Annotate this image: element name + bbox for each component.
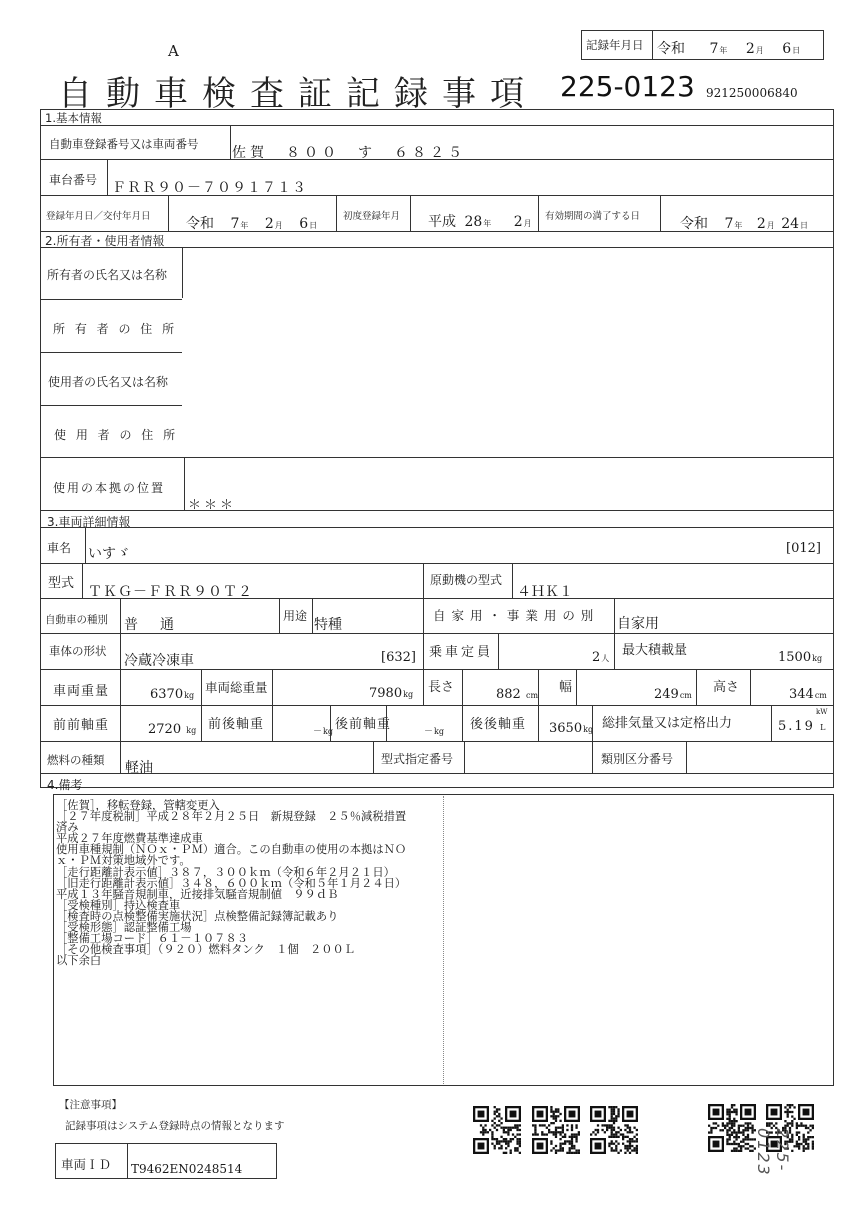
width-unit: cm [680,691,692,700]
purpose-value: 特種 [314,614,342,634]
year: 7 [724,216,733,232]
vehicle-type-label: 自動車の種別 [45,612,108,627]
model-label: 型式 [48,572,74,591]
registration-date-label: 登録年月日／交付年月日 [46,208,151,222]
height-unit: cm [815,691,827,700]
divider [312,598,313,633]
owner-address-label: 所 有 者 の 住 所 [53,320,177,337]
divider [538,669,539,705]
gross-weight-value: 7980kg [369,686,413,701]
max-load-label: 最大積載量 [622,639,687,658]
registration-number-label: 自動車登録番号又は車両番号 [49,136,199,152]
displacement-unit-top: kW [816,708,827,716]
qr-code-3 [590,1106,638,1154]
divider [40,247,834,248]
length-label: 長さ [428,676,454,695]
private-business-value: 自家用 [617,613,659,633]
divider [120,705,121,741]
divider [40,159,834,160]
day: 6 [782,41,791,57]
width-number: 249 [654,687,679,702]
divider [538,195,539,231]
ff-axle-value: 2720 kg [148,722,196,737]
remarks-line: 以下余白 [56,955,441,966]
vehicle-type-value: 普 通 [124,614,178,634]
divider [85,527,86,563]
make-label: 車名 [47,539,71,556]
divider [423,598,424,633]
first-registration-value: 平成 28年 2月 [428,211,532,231]
purpose-label: 用途 [283,607,307,624]
rr-axle-label: 後後軸重 [470,713,526,732]
divider [40,299,182,300]
divider [201,669,202,705]
divider [184,457,185,510]
month-unit: 月 [756,46,764,55]
rf-axle-label: 後前軸重 [335,713,391,732]
day: 24 [781,216,799,232]
divider [40,598,834,599]
divider [279,598,280,633]
capacity-label: 乗車定員 [429,641,493,660]
height-label: 高さ [713,676,739,695]
era: 平成 [428,214,456,230]
remarks-text: ［佐賀］，移転登録，管轄変更入［２７年度税制］平成２８年２月２５日 新規登録 ２… [56,800,441,966]
fr-axle-label: 前後軸重 [208,713,264,732]
remarks-line: ［２７年度税制］平成２８年２月２５日 新規登録 ２５％減税措置 [56,811,441,822]
registration-date-value: 令和 7年 2月 6日 [186,213,317,233]
handwritten-note: 225-0123 [754,1128,792,1204]
divider [373,741,374,773]
ff-axle-number: 2720 [148,722,181,737]
divider [82,563,83,598]
capacity-unit: 人 [601,654,609,663]
height-value: 344cm [789,687,827,702]
year: 7 [230,216,239,232]
vehicle-id-value: T9462EN0248514 [131,1162,242,1176]
gross-weight-number: 7980 [369,686,402,701]
length-value: 882 cm [496,687,538,702]
remarks-divider [443,796,444,1084]
owner-name-label: 所有者の氏名又は名称 [47,266,167,283]
section-basic-info-title: 1.基本情報 [45,110,102,126]
divider [40,669,834,670]
divider [40,125,834,126]
divider [696,669,697,705]
expiry-date-value: 令和 7年 2月 24日 [680,213,808,233]
form-letter: A [168,42,179,60]
rf-axle-value: －kg [424,724,444,737]
fuel-label: 燃料の種類 [47,752,105,768]
divider [127,1143,128,1179]
divider [498,633,499,669]
divider [201,705,202,741]
width-label: 幅 [559,676,572,695]
divider [40,563,834,564]
vehicle-weight-value: 6370kg [150,687,194,702]
divider [336,195,337,231]
user-address-label: 使 用 者 の 住 所 [54,426,178,443]
chassis-number-label: 車台番号 [49,171,97,188]
document-title: 自動車検査証記録事項 [58,66,538,115]
body-shape-value: 冷蔵冷凍車 [124,650,194,670]
divider [538,705,539,741]
fr-axle-unit: kg [323,727,333,736]
width-value: 249cm [654,687,692,702]
displacement-value: 5.19 L [778,719,825,734]
capacity-value: 2人 [592,650,609,665]
divider [512,563,513,598]
divider [120,633,121,669]
divider [576,669,577,705]
divider [120,669,121,705]
divider [614,598,615,633]
month: 2 [265,216,274,232]
remarks-line: ［走行距離計表示値］３８７，３００ｋｍ（令和６年２月２１日） [56,867,441,878]
max-load-number: 1500 [778,650,811,665]
rf-axle-unit: kg [434,727,444,736]
section-remarks-title: 4.備考 [47,776,82,793]
displacement-label: 総排気量又は定格出力 [602,712,732,731]
divider [40,510,834,511]
length-number: 882 [496,687,521,702]
divider [592,705,593,741]
divider [40,705,834,706]
divider [120,741,121,773]
divider [750,669,751,705]
vehicle-weight-unit: kg [184,691,194,700]
rr-axle-value: 3650kg [549,721,593,736]
qr-code-2 [532,1106,580,1154]
chassis-number-value: ＦＲＲ９０－７０９１７１３ [112,177,307,197]
vehicle-weight-number: 6370 [150,687,183,702]
body-shape-code: [632] [381,650,416,665]
divider [168,195,169,231]
divider [771,705,772,741]
divider [40,405,182,406]
divider [40,633,834,634]
month: 2 [757,216,766,232]
notes-text: 記録事項はシステム登録時点の情報となります [65,1118,284,1133]
qr-code-4 [708,1104,756,1152]
era: 令和 [680,216,708,232]
user-name-label: 使用者の氏名又は名称 [48,373,168,390]
divider [272,669,273,705]
ff-axle-unit: kg [186,726,196,735]
displacement-unit: L [820,723,825,732]
base-location-label: 使用の本拠の位置 [53,479,165,496]
height-number: 344 [789,687,814,702]
divider [410,195,411,231]
rf-axle-number: － [424,727,433,737]
vehicle-id-label: 車両ＩＤ [61,1155,111,1173]
era: 令和 [186,216,214,232]
divider [464,741,465,773]
year-unit: 年 [719,46,727,55]
ff-axle-label: 前前軸重 [53,714,109,733]
year: 7 [709,41,718,57]
divider [40,352,182,353]
divider [182,247,183,298]
record-date-label: 記録年月日 [586,37,644,53]
expiry-date-label: 有効期間の満了する日 [545,208,640,222]
day-unit: 日 [792,46,800,55]
divider [40,773,834,774]
divider [592,741,593,773]
divider [40,195,834,196]
divider [423,633,424,669]
divider [686,741,687,773]
make-value: いすゞ [88,543,130,563]
month: 2 [746,41,755,57]
max-load-value: 1500kg [778,650,822,665]
notes-title: 【注意事項】 [59,1097,122,1112]
fr-axle-number: － [313,727,322,737]
divider [462,669,463,705]
gross-weight-unit: kg [403,690,413,699]
year: 28 [464,214,482,230]
serial-number: 921250006840 [706,86,798,100]
era: 令和 [657,41,685,57]
record-number: 225-0123 [560,70,695,103]
divider [660,195,661,231]
divider [652,30,653,60]
remarks-line: ｘ・ＰＭ対策地域外です。 [56,855,441,866]
divider [40,527,834,528]
remarks-line: ［その他検査事項］（９２０）燃料タンク １個 ２００Ｌ [56,944,441,955]
month: 2 [514,214,523,230]
divider [386,705,387,741]
divider [462,705,463,741]
fuel-value: 軽油 [125,757,153,777]
divider [330,705,331,741]
rr-axle-number: 3650 [549,721,582,736]
qr-code-1 [473,1106,521,1154]
divider [40,741,834,742]
type-designation-label: 型式指定番号 [381,750,453,767]
divider [120,598,121,633]
divider [614,633,615,669]
displacement-number: 5.19 [778,719,815,734]
divider [230,125,231,159]
day: 6 [299,216,308,232]
divider [423,563,424,598]
gross-weight-label: 車両総重量 [205,678,268,696]
record-date-value: 令和 7年 2月 6日 [657,38,800,58]
divider [272,705,273,741]
length-unit: cm [526,691,538,700]
divider [40,457,834,458]
capacity-number: 2 [592,650,600,665]
private-business-label: 自 家 用 ・ 事 業 用 の 別 [433,606,594,624]
vehicle-weight-label: 車両重量 [53,680,109,699]
body-shape-label: 車体の形状 [49,643,107,659]
category-number-label: 類別区分番号 [601,750,673,767]
divider [107,159,108,195]
engine-model-label: 原動機の型式 [430,571,502,588]
max-load-unit: kg [812,654,822,663]
divider [423,669,424,705]
first-registration-label: 初度登録年月 [343,208,400,222]
make-code: [012] [786,541,821,556]
